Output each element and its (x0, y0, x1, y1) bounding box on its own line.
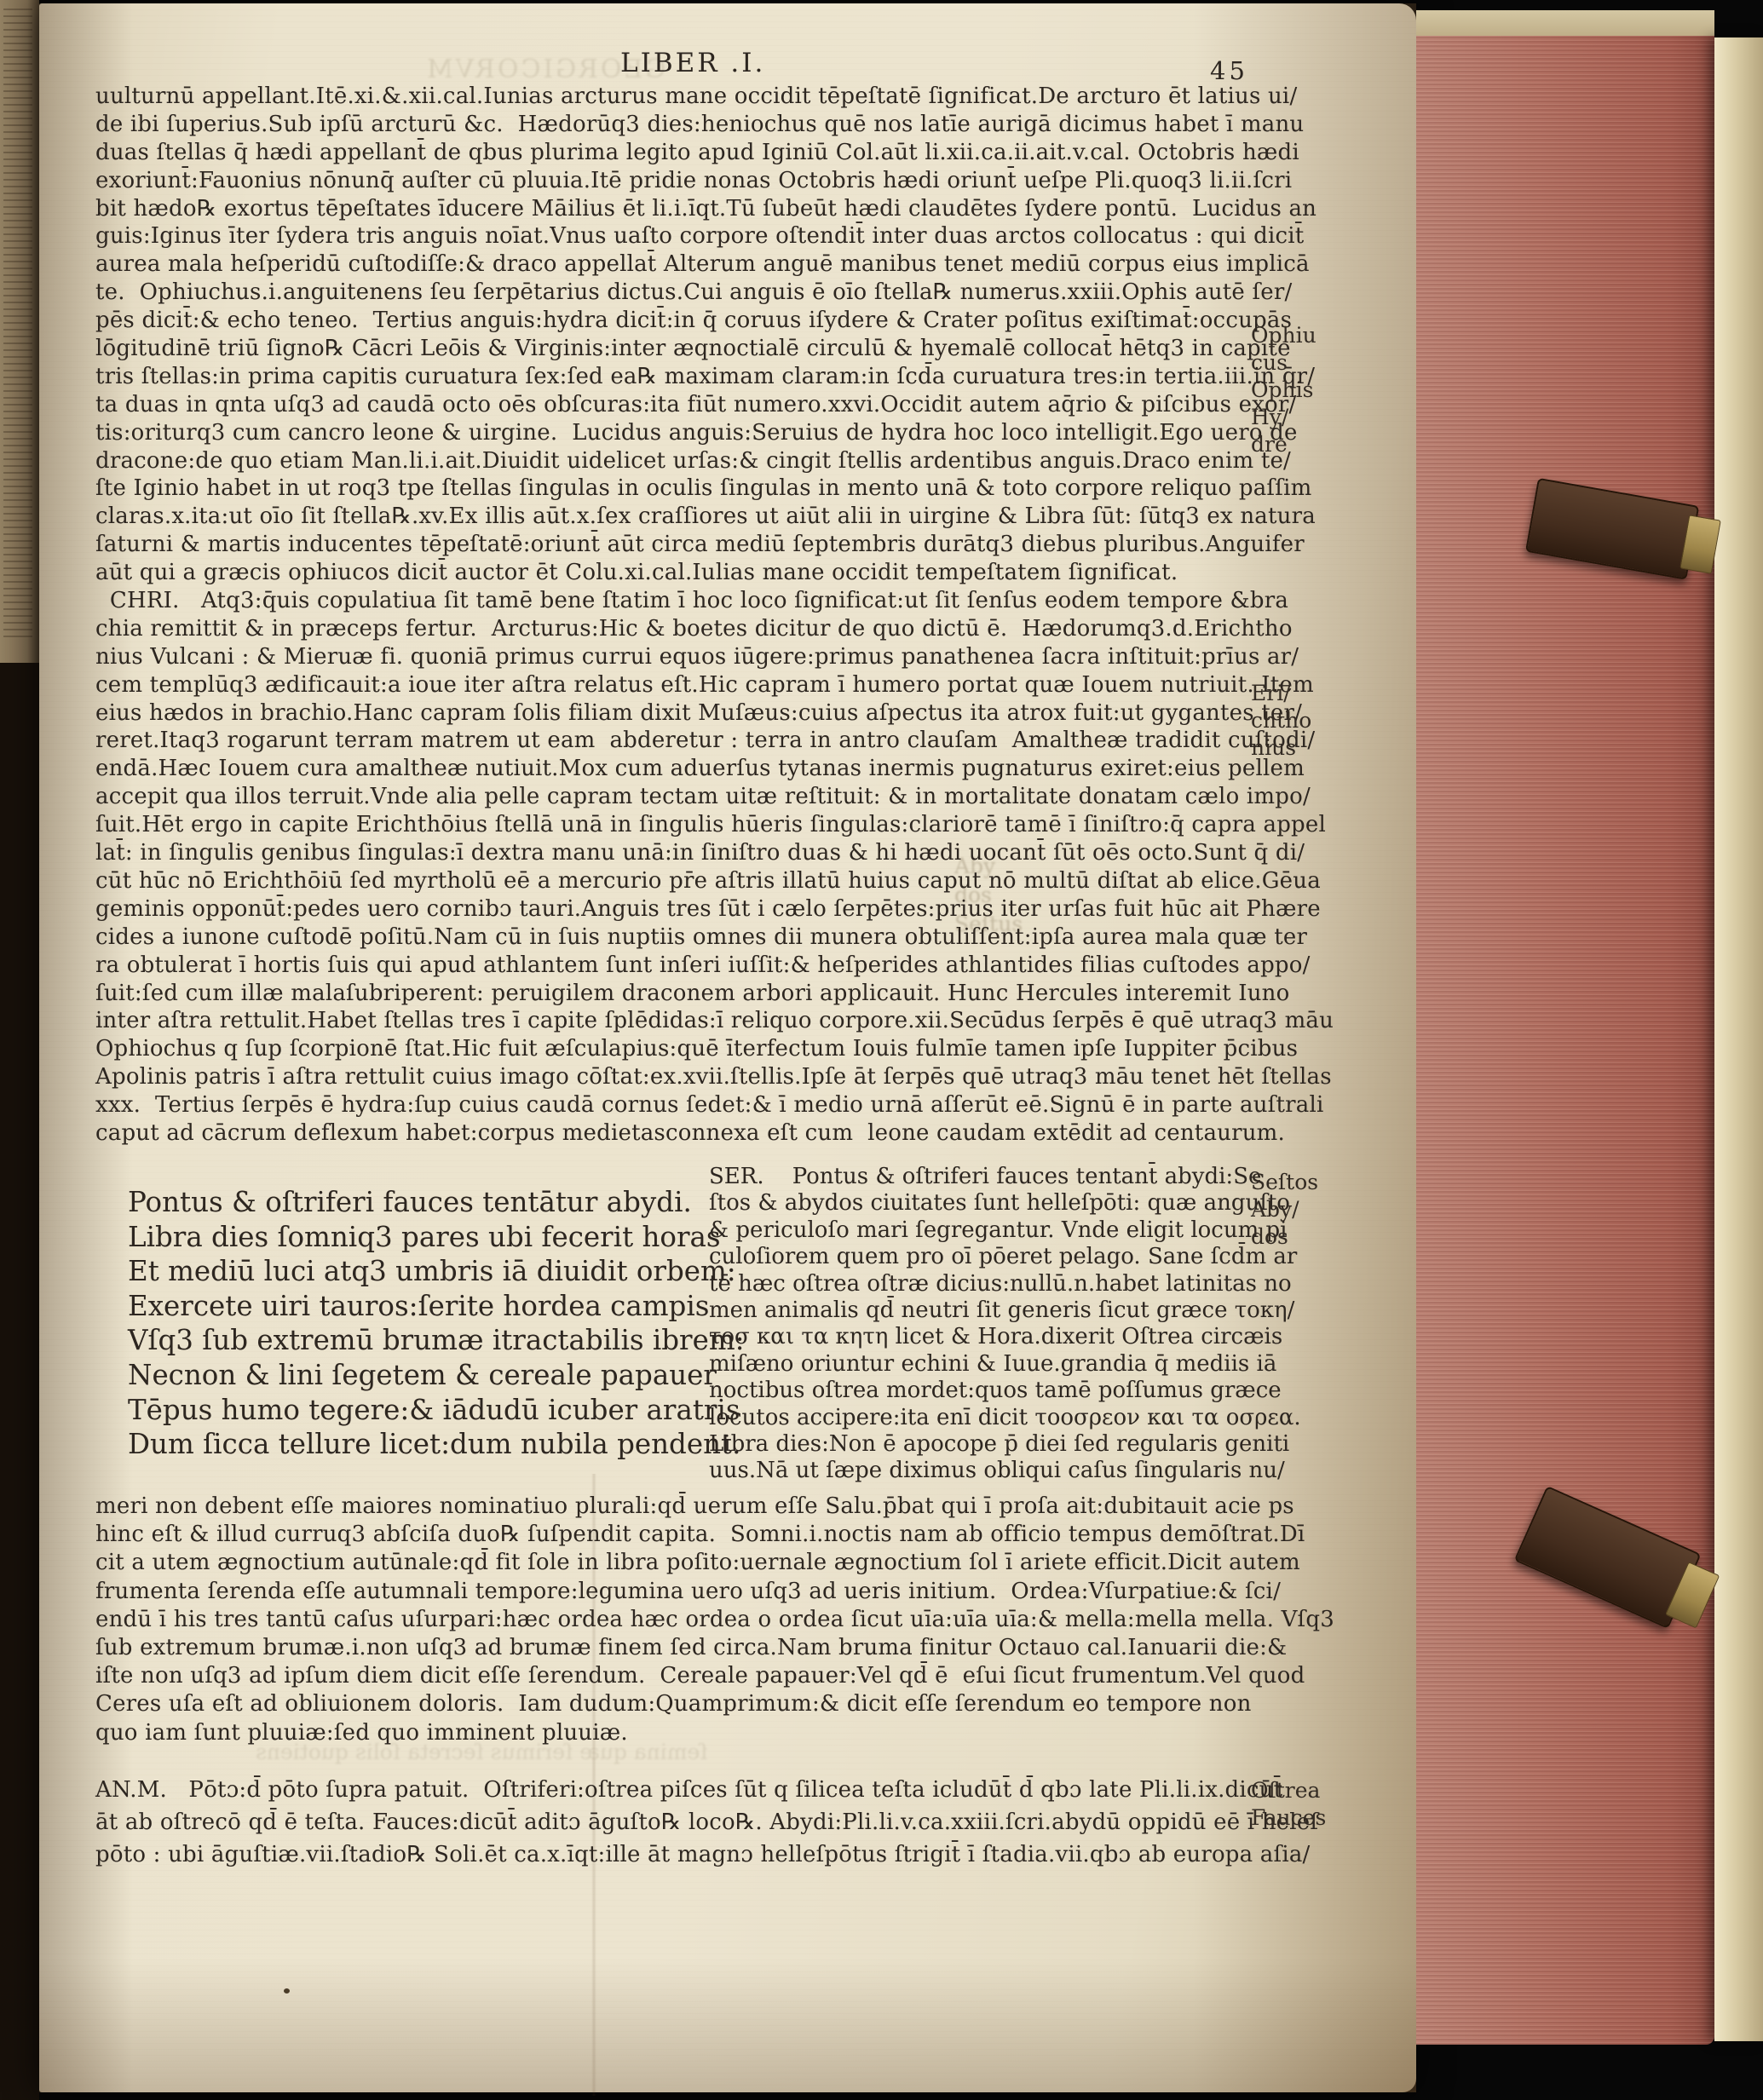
text-line: ſuit:ſed cum illæ malaſubriperent: perui… (95, 980, 1334, 1008)
marginal-line: Ophiu (1251, 322, 1316, 349)
verse-line: Vſq3 ſub extremū brumæ itractabilis ibre… (128, 1323, 745, 1358)
text-line: tē hæc oſtrea oſtræ dicius:nullū.n.habet… (709, 1271, 1301, 1297)
verse-line: Exercete uiri tauros:ſerite hordea campi… (128, 1289, 745, 1324)
ink-speck (284, 1988, 290, 1994)
text-line: Libra dies:Non ē apocope p̄ diei ſed reg… (709, 1431, 1301, 1458)
text-line: exoriunt̄:Fauonius nōnunq̄ auſter cū plu… (95, 167, 1334, 195)
text-line: inter aſtra rettulit.Habet ſtellas tres … (95, 1007, 1334, 1035)
text-line: lat̄: in ſingulis genibus ſingulas:ī dex… (95, 839, 1334, 867)
text-line: ſuit.Hēt ergo in capite Erichthōius ſtel… (95, 811, 1334, 839)
text-line: de ibi ſuperius.Sub ipſū arcturū &c. Hæd… (95, 111, 1334, 139)
running-title: LIBER .I. (620, 48, 765, 78)
anm-annotation-block: AN.M. Pōtɔ:d̄ pōto ſupra patuit. Oſtrife… (95, 1774, 1318, 1871)
text-line: chia remittit & in præceps fertur. Arctu… (95, 615, 1334, 643)
text-line: ta duas in qnta uſq3 ad caudā octo oēs o… (95, 391, 1334, 419)
marginal-line: Oſtrea (1251, 1777, 1326, 1804)
text-line: SER. Pontus & oſtriferi fauces tentant̄ … (709, 1164, 1301, 1190)
vellum-cover-edge (1714, 37, 1763, 2041)
facing-page-text-blur (3, 9, 32, 639)
text-line: hinc eſt & illud curruq3 abſciſa duo℞ ſu… (95, 1521, 1334, 1549)
text-line: eius hædos in brachio.Hanc capram ſolis … (95, 699, 1334, 728)
text-line: Ceres uſa eſt ad obliuionem doloris. Iam… (95, 1690, 1334, 1718)
text-line: meri non debent eſſe maiores nominatiuo … (95, 1493, 1334, 1521)
verse-line: Dum ſicca tellure licet:dum nubila pende… (128, 1427, 745, 1462)
text-line: reret.Itaq3 rogarunt terram matrem ut ea… (95, 727, 1334, 755)
text-line: pēs dicit̄:& echo teneo. Tertius anguis:… (95, 307, 1334, 335)
text-line: iſte non uſq3 ad ipſum diem dicit eſſe ſ… (95, 1662, 1334, 1690)
text-line: cides a iunone cuſtodē poſitū.Nam cū in … (95, 923, 1334, 952)
text-line: duas ſtellas q̄ hædi appellant̄ de qbus … (95, 139, 1334, 167)
marginal-line: chtho (1251, 707, 1311, 734)
marginal-line: Seſtos (1251, 1169, 1318, 1196)
text-line: ſte Iginio habet in ut roq3 tpe ſtellas … (95, 475, 1334, 503)
marginal-line: Hy/ (1251, 404, 1316, 431)
text-line: endā.Hæc Iouem cura amaltheæ nutiuit.Mox… (95, 755, 1334, 783)
servius-commentary-column: SER. Pontus & oſtriferi fauces tentant̄ … (709, 1164, 1301, 1485)
marginal-line: Eri/ (1251, 680, 1311, 707)
marginal-note-ophiucus-ophis-hydre: OphiucusOphisHy/dre (1251, 322, 1316, 458)
marginal-line: Aby/ (1251, 1196, 1318, 1223)
text-line: culoſiorem quem pro oī pōeret pelago. Sa… (709, 1244, 1301, 1270)
commentary-text-block-upper: uulturnū appellant.Itē.xi.&.xii.cal.Iuni… (95, 83, 1334, 1148)
text-line: dracone:de quo etiam Man.li.i.ait.Diuidi… (95, 447, 1334, 475)
verse-line: Tēpus humo tegere:& iādudū icuber aratri… (128, 1393, 745, 1428)
text-line: āt ab oſtrecō qd̄ ē teſta. Fauces:dicūt̄… (95, 1806, 1318, 1838)
text-line: pōto : ubi āguſtiæ.vii.ſtadio℞ Soli.ēt c… (95, 1838, 1318, 1871)
marginal-line: Fauces (1251, 1804, 1326, 1832)
text-line: CHRI. Atq3:q̄uis copulatiua ſit tamē ben… (95, 587, 1334, 615)
marginal-line: Ophis (1251, 377, 1316, 404)
text-line: ſaturni & martis inducentes tēpeſtatē:or… (95, 531, 1334, 559)
marginal-note-ostrea-fauces: OſtreaFauces (1251, 1777, 1326, 1832)
marginal-note-erichthonius: Eri/chthonius (1251, 680, 1311, 762)
marginal-line: cus (1251, 349, 1316, 377)
verse-line: Libra dies ſomniq3 pares ubi fecerit hor… (128, 1220, 745, 1255)
marginal-note-sestos-abydos: SeſtosAby/dos (1251, 1169, 1318, 1251)
page-leaves-texture (1416, 10, 1714, 2045)
text-line: bit hædo℞ exortus tēpeſtates īducere Māi… (95, 195, 1334, 223)
text-line: noctibus oſtrea mordet:quos tamē poſſumu… (709, 1378, 1301, 1404)
text-line: cit a utem ægnoctium autūnale:qd̄ fit ſo… (95, 1549, 1334, 1577)
text-line: uulturnū appellant.Itē.xi.&.xii.cal.Iuni… (95, 83, 1334, 111)
text-line: lōgitudinē triū ſigno℞ Cācri Leōis & Vir… (95, 335, 1334, 363)
text-line: claras.x.ita:ut oīo ſit ſtella℞.xv.Ex il… (95, 503, 1334, 531)
verse-line: Necnon & lini ſegetem & cereale papauer (128, 1358, 745, 1393)
facing-page-edge (0, 0, 39, 663)
text-line: cem templūq3 ædificauit:a ioue iter aſtr… (95, 671, 1334, 699)
text-line: miſæno oriuntur echini & Iuue.grandia q̄… (709, 1351, 1301, 1378)
marginal-line: nius (1251, 734, 1311, 762)
incunable-book-photo: GEORGICORVM AbydosSeſtus ſemina quæ ſeri… (0, 0, 1763, 2100)
page-bottom-shade (39, 1959, 1416, 2092)
text-line: uus.Nā ut ſæpe diximus obliqui caſus ſin… (709, 1458, 1301, 1484)
text-line: caput ad cācrum deflexum habet:corpus me… (95, 1119, 1334, 1148)
text-line: te. Ophiuchus.i.anguitenens ſeu ſerpētar… (95, 279, 1334, 307)
text-line: geminis opponūt̄:pedes uero cornibɔ taur… (95, 895, 1334, 923)
text-line: ſtos & abydos ciuitates ſunt helleſpōti:… (709, 1190, 1301, 1217)
text-line: tis:oriturq3 cum cancro leone & uirgine.… (95, 419, 1334, 447)
page-number: 45 (1210, 56, 1248, 85)
text-line: Apolinis patris ī aſtra rettulit cuius i… (95, 1063, 1334, 1091)
text-line: τοσ και τα κητη licet & Hora.dixerit Oſt… (709, 1324, 1301, 1350)
text-line: AN.M. Pōtɔ:d̄ pōto ſupra patuit. Oſtrife… (95, 1774, 1318, 1806)
commentary-text-block-lower: meri non debent eſſe maiores nominatiuo … (95, 1493, 1334, 1747)
text-line: ra obtulerat ī hortis ſuis qui apud athl… (95, 952, 1334, 980)
text-line: cūt hūc nō Erichthōiū ſed myrtholū eē a … (95, 867, 1334, 895)
text-line: & periculoſo mari ſegregantur. Vnde elig… (709, 1217, 1301, 1244)
text-line: aūt qui a græcis ophiucos dicit̄ auctor … (95, 559, 1334, 587)
text-line: guis:Iginus īter ſydera tris anguis noīa… (95, 222, 1334, 250)
fore-edge-red-page-block (1416, 10, 1714, 2045)
text-line: frumenta ſerenda eſſe autumnali tempore:… (95, 1578, 1334, 1606)
leather-strap (1525, 478, 1699, 580)
text-line: men animalis qd̄ neutri ſit generis ſicu… (709, 1297, 1301, 1324)
verse-line: Pontus & oſtriferi fauces tentātur abydi… (128, 1185, 745, 1220)
text-line: endū ī his tres tantū caſus uſurpari:hæc… (95, 1606, 1334, 1634)
page-block-top-edge (1416, 10, 1714, 36)
text-line: nius Vulcani : & Mieruæ fi. quoniā primu… (95, 643, 1334, 671)
text-line: Ophiochus q ſup ſcorpionē ſtat.Hic fuit … (95, 1035, 1334, 1063)
text-line: xxx. Tertius ſerpēs ē hydra:ſup cuius ca… (95, 1091, 1334, 1119)
ink-speck (891, 484, 895, 487)
marginal-line: dos (1251, 1223, 1318, 1251)
marginal-line: dre (1251, 431, 1316, 458)
gutter-shadow-left (0, 663, 39, 2100)
verse-line: Et mediū luci atq3 umbris iā diuidit orb… (128, 1254, 745, 1289)
text-line: locutos accipere:ita enī dicit τοοσρεον … (709, 1405, 1301, 1431)
text-line: accepit qua illos terruit.Vnde alia pell… (95, 783, 1334, 811)
text-line: quo iam ſunt pluuiæ:ſed quo imminent plu… (95, 1719, 1334, 1747)
text-line: ſub extremum brumæ.i.non uſq3 ad brumæ f… (95, 1634, 1334, 1662)
text-line: aurea mala heſperidū cuſtodiſſe:& draco … (95, 250, 1334, 279)
text-line: tris ſtellas:in prima capitis curuatura … (95, 363, 1334, 391)
georgics-verse-block: Pontus & oſtriferi fauces tentātur abydi… (128, 1185, 745, 1462)
